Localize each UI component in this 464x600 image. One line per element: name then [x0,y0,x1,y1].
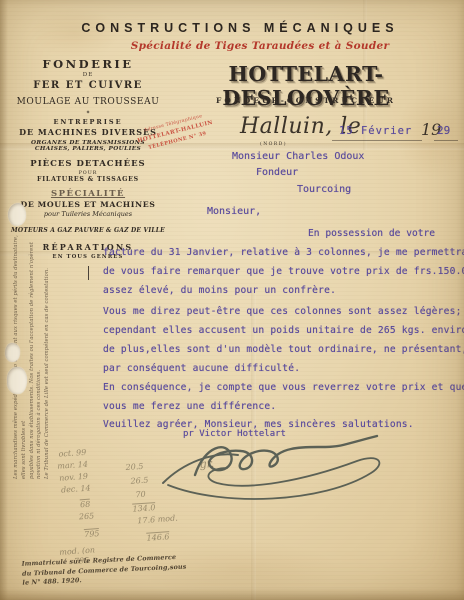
recipient-city: Tourcoing [297,184,351,195]
legal-line2: payables dans nos établissements. Nos tr… [29,235,45,479]
body-line: cependant elles accusent un poids unitai… [103,325,464,336]
recipient-title: Fondeur [256,167,298,178]
sidebar-tuileries: pour Tuileries Mécaniques [10,211,166,218]
punch-hole [7,367,27,394]
scan-edge-shadow [0,588,464,600]
typed-year: 29 [437,124,450,137]
sidebar-specialite: SPÉCIALITÉ [10,190,166,200]
pencil-note: oct. 99 [58,449,86,459]
letter-scan: CONSTRUCTIONS MÉCANIQUES Spécialité de T… [0,0,464,600]
salutation: Monsieur, [207,206,261,217]
sidebar-moulage: MOULAGE AU TROUSSEAU [10,97,166,107]
header-constructions-mecaniques: CONSTRUCTIONS MÉCANIQUES [30,21,450,35]
sidebar-moteurs-gaz: MOTEURS A GAZ PAUVRE & GAZ DE VILLE [10,228,166,235]
body-line: Vous me direz peut-être que ces colonnes… [103,306,462,317]
body-line: par conséquent aucune difficulté. [103,363,300,374]
sidebar-moules-machines: DE MOULES ET MACHINES [10,201,166,210]
punch-hole [8,203,26,226]
sidebar-fonderie: FONDERIE [10,58,166,71]
pencil-calculations: oct. 99 mar. 14 nov. 19 dec. 14 68 265 7… [52,431,260,570]
pencil-note: mod. (on [59,546,95,556]
pencil-note: 265 [79,512,95,521]
sidebar-divider-rule [88,266,89,280]
ornament-separator-icon: ◆ [10,110,166,115]
pencil-note: 20.5 [125,463,143,472]
body-line: de vous faire remarquer que je trouve vo… [103,266,464,277]
typed-date: 15 Février [339,125,412,137]
body-indent-line: En possession de votre [308,228,435,239]
dateline-rule [332,140,422,141]
sidebar-de: DE [10,72,166,78]
body-line: assez élevé, du moins pour un confrère. [103,285,336,296]
sidebar-pieces-detachees: PIÈCES DETACHÉES [10,160,166,170]
recipient-name: Monsieur Charles Odoux [232,151,364,162]
pencil-sum: 146.6 [146,531,170,543]
pencil-note: 17.6 mod. [137,515,178,526]
pencil-note: 26.5 [130,476,148,485]
sidebar-entreprise: ENTREPRISE [10,119,166,126]
scan-edge-shadow [0,0,8,600]
dateline-nord: (NORD) [260,142,287,147]
sidebar-fer-cuivre: FER ET CUIVRE [10,80,166,92]
pencil-note: gr. [199,458,214,470]
dateline-rule [434,140,458,141]
body-line: facture du 31 Janvier, relative à 3 colo… [103,247,464,258]
pencil-sum: 795 [84,528,100,539]
body-line: vous me ferez une différence. [103,401,276,412]
sidebar-filatures: FILATURES & TISSAGES [10,176,166,183]
pencil-note: mar. 14 [57,461,88,471]
pencil-sum: 134.0 [132,502,156,514]
pencil-note: nov. 19 [59,473,88,483]
body-line: En conséquence, je compte que vous rever… [103,382,464,393]
pencil-sum: 68 [80,499,91,510]
company-subtitle: FONDEUR-CONSTRUCTEUR [158,96,454,105]
header-slogan-red: Spécialité de Tiges Taraudées et à Soude… [110,40,410,52]
legal-line3: Le Tribunal de Commerce de Lille est seu… [44,235,52,479]
body-line: de plus,elles sont d'un modèle tout ordi… [103,344,464,355]
pencil-note: 70 [135,491,146,500]
pencil-note: dec. 14 [61,485,91,495]
